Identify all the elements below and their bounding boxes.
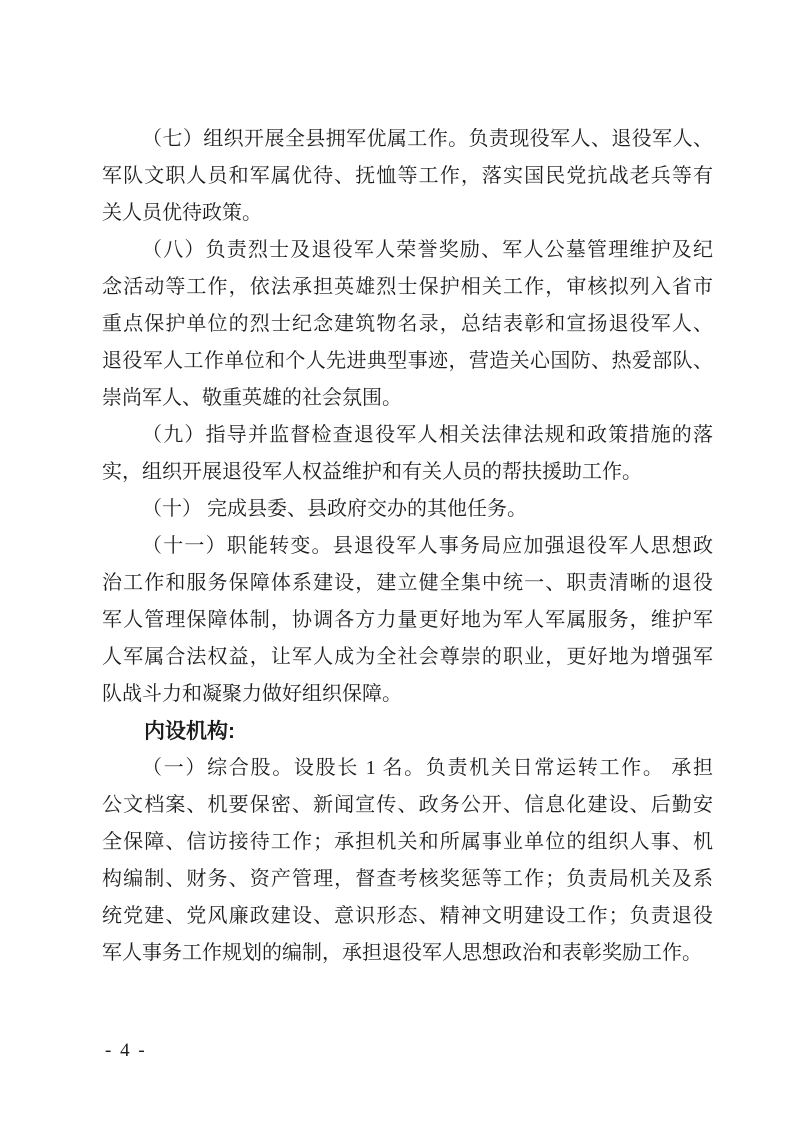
paragraph-line: 公文档案、机要保密、新闻宣传、政务公开、信息化建设、后勤安 bbox=[102, 787, 713, 824]
paragraph-item-1-general-section: （一）综合股。设股长 1 名。负责机关日常运转工作。 承担 公文档案、机要保密、… bbox=[102, 750, 713, 972]
paragraph-line: 队战斗力和凝聚力做好组织保障。 bbox=[102, 676, 713, 713]
page-number: - 4 - bbox=[105, 1040, 147, 1062]
paragraph-item-11: （十一）职能转变。县退役军人事务局应加强退役军人思想政 治工作和服务保障体系建设… bbox=[102, 528, 713, 713]
paragraph-line: 构编制、财务、资产管理，督查考核奖惩等工作；负责局机关及系 bbox=[102, 861, 713, 898]
paragraph-line: 军队文职人员和军属优待、抚恤等工作，落实国民党抗战老兵等有 bbox=[102, 158, 713, 195]
paragraph-line: 实，组织开展退役军人权益维护和有关人员的帮扶援助工作。 bbox=[102, 454, 713, 491]
paragraph-line: 治工作和服务保障体系建设，建立健全集中统一、职责清晰的退役 bbox=[102, 565, 713, 602]
paragraph-line: 全保障、信访接待工作；承担机关和所属事业单位的组织人事、机 bbox=[102, 824, 713, 861]
paragraph-line: （九）指导并监督检查退役军人相关法律法规和政策措施的落 bbox=[102, 417, 713, 454]
paragraph-line: 念活动等工作，依法承担英雄烈士保护相关工作，审核拟列入省市 bbox=[102, 269, 713, 306]
document-body: （七）组织开展全县拥军优属工作。负责现役军人、退役军人、 军队文职人员和军属优待… bbox=[102, 121, 713, 972]
paragraph-line: （十） 完成县委、县政府交办的其他任务。 bbox=[102, 491, 713, 528]
paragraph-line: 关人员优待政策。 bbox=[102, 195, 713, 232]
paragraph-line: 重点保护单位的烈士纪念建筑物名录，总结表彰和宣扬退役军人、 bbox=[102, 306, 713, 343]
paragraph-line: 军人管理保障体制，协调各方力量更好地为军人军属服务，维护军 bbox=[102, 602, 713, 639]
paragraph-line: （一）综合股。设股长 1 名。负责机关日常运转工作。 承担 bbox=[102, 750, 713, 787]
paragraph-item-7: （七）组织开展全县拥军优属工作。负责现役军人、退役军人、 军队文职人员和军属优待… bbox=[102, 121, 713, 232]
paragraph-line: （十一）职能转变。县退役军人事务局应加强退役军人思想政 bbox=[102, 528, 713, 565]
paragraph-line: （七）组织开展全县拥军优属工作。负责现役军人、退役军人、 bbox=[102, 121, 713, 158]
paragraph-item-9: （九）指导并监督检查退役军人相关法律法规和政策措施的落 实，组织开展退役军人权益… bbox=[102, 417, 713, 491]
paragraph-line: （八）负责烈士及退役军人荣誉奖励、军人公墓管理维护及纪 bbox=[102, 232, 713, 269]
paragraph-line: 退役军人工作单位和个人先进典型事迹，营造关心国防、热爱部队、 bbox=[102, 343, 713, 380]
paragraph-line: 军人事务工作规划的编制，承担退役军人思想政治和表彰奖励工作。 bbox=[102, 935, 713, 972]
paragraph-line: 人军属合法权益，让军人成为全社会尊崇的职业，更好地为增强军 bbox=[102, 639, 713, 676]
section-heading-text: 内设机构: bbox=[102, 713, 713, 750]
paragraph-line: 崇尚军人、敬重英雄的社会氛围。 bbox=[102, 380, 713, 417]
paragraph-line: 统党建、党风廉政建设、意识形态、精神文明建设工作；负责退役 bbox=[102, 898, 713, 935]
section-heading-internal-organs: 内设机构: bbox=[102, 713, 713, 750]
document-page: （七）组织开展全县拥军优属工作。负责现役军人、退役军人、 军队文职人员和军属优待… bbox=[0, 0, 793, 1122]
paragraph-item-10: （十） 完成县委、县政府交办的其他任务。 bbox=[102, 491, 713, 528]
paragraph-item-8: （八）负责烈士及退役军人荣誉奖励、军人公墓管理维护及纪 念活动等工作，依法承担英… bbox=[102, 232, 713, 417]
